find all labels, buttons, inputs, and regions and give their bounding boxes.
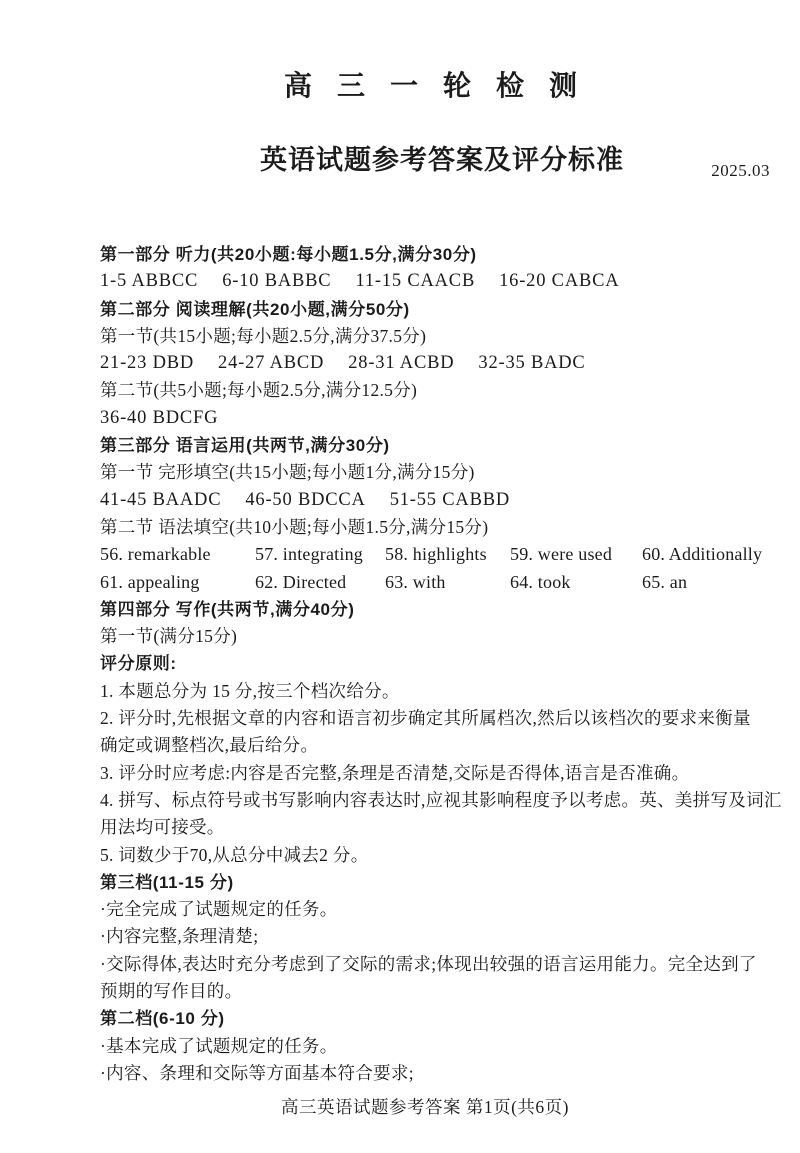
page-subtitle: 英语试题参考答案及评分标准 — [260, 145, 624, 175]
body-line: ·完全完成了试题规定的任务。 — [100, 896, 770, 923]
answer-group: 16-20 CABCA — [499, 271, 619, 291]
word-answer: 59. were used — [510, 541, 642, 568]
body-line: 确定或调整档次,最后给分。 — [100, 732, 770, 759]
body-line: ·交际得体,表达时充分考虑到了交际的需求;体现出较强的语言运用能力。完全达到了 — [100, 951, 770, 978]
word-answer: 58. highlights — [385, 541, 510, 568]
word-answer: 61. appealing — [100, 569, 255, 596]
body-line: 第二节 语法填空(共10小题;每小题1.5分,满分15分) — [100, 514, 770, 541]
body-line: 第二节(共5小题;每小题2.5分,满分12.5分) — [100, 377, 770, 404]
answer-group: 51-55 CABBD — [390, 490, 510, 510]
subtitle-row: 英语试题参考答案及评分标准 — [0, 138, 800, 177]
body-line: 第一节(共15小题;每小题2.5分,满分37.5分) — [100, 323, 770, 350]
body-line: 第一节(满分15分) — [100, 623, 770, 650]
word-answer: 65. an — [642, 569, 770, 596]
word-answer: 64. took — [510, 569, 642, 596]
answer-group: 41-45 BAADC — [100, 490, 221, 510]
body-line: 4. 拼写、标点符号或书写影响内容表达时,应视其影响程度予以考虑。英、美拼写及词… — [100, 787, 770, 814]
answer-group: 21-23 DBD — [100, 353, 194, 373]
answer-line: 41-45 BAADC46-50 BDCCA51-55 CABBD — [100, 487, 770, 514]
answer-group: 1-5 ABBCC — [100, 271, 198, 291]
page-title: 高 三 一 轮 检 测 — [0, 64, 800, 104]
answer-line: 1-5 ABBCC6-10 BABBC11-15 CAACB16-20 CABC… — [100, 268, 770, 295]
answer-line: 36-40 BDCFG — [100, 405, 770, 432]
body-line: 3. 评分时应考虑:内容是否完整,条理是否清楚,交际是否得体,语言是否准确。 — [100, 760, 770, 787]
document-body: 第一部分 听力(共20小题:每小题1.5分,满分30分)1-5 ABBCC6-1… — [100, 241, 770, 1087]
word-answer-row: 56. remarkable57. integrating58. highlig… — [100, 541, 770, 568]
answer-group: 36-40 BDCFG — [100, 408, 218, 428]
answer-group: 6-10 BABBC — [222, 271, 331, 291]
body-line: 2. 评分时,先根据文章的内容和语言初步确定其所属档次,然后以该档次的要求来衡量 — [100, 705, 770, 732]
word-answer: 62. Directed — [255, 569, 385, 596]
exam-date: 2025.03 — [711, 161, 770, 181]
body-line: ·内容完整,条理清楚; — [100, 923, 770, 950]
answer-group: 46-50 BDCCA — [245, 490, 365, 510]
section-heading: 第四部分 写作(共两节,满分40分) — [100, 596, 770, 623]
body-line: 预期的写作目的。 — [100, 978, 770, 1005]
body-line: 用法均可接受。 — [100, 814, 770, 841]
answer-group: 28-31 ACBD — [348, 353, 454, 373]
body-line: ·内容、条理和交际等方面基本符合要求; — [100, 1060, 770, 1087]
body-line: 1. 本题总分为 15 分,按三个档次给分。 — [100, 678, 770, 705]
answer-group: 11-15 CAACB — [355, 271, 475, 291]
body-line: 第一节 完形填空(共15小题;每小题1分,满分15分) — [100, 459, 770, 486]
word-answer: 63. with — [385, 569, 510, 596]
word-answer-row: 61. appealing62. Directed63. with64. too… — [100, 569, 770, 596]
word-answer: 60. Additionally — [642, 541, 770, 568]
body-line: ·基本完成了试题规定的任务。 — [100, 1033, 770, 1060]
section-heading: 第二部分 阅读理解(共20小题,满分50分) — [100, 296, 770, 323]
word-answer: 56. remarkable — [100, 541, 255, 568]
answer-line: 21-23 DBD24-27 ABCD28-31 ACBD32-35 BADC — [100, 350, 770, 377]
section-heading: 第三档(11-15 分) — [100, 869, 770, 896]
body-line: 5. 词数少于70,从总分中减去2 分。 — [100, 842, 770, 869]
page-footer: 高三英语试题参考答案 第1页(共6页) — [0, 1094, 800, 1119]
answer-group: 32-35 BADC — [478, 353, 585, 373]
section-heading: 第三部分 语言运用(共两节,满分30分) — [100, 432, 770, 459]
section-heading: 评分原则: — [100, 650, 770, 677]
section-heading: 第二档(6-10 分) — [100, 1005, 770, 1032]
exam-answer-sheet-page: 高 三 一 轮 检 测 英语试题参考答案及评分标准 2025.03 第一部分 听… — [0, 0, 800, 1153]
answer-group: 24-27 ABCD — [218, 353, 324, 373]
word-answer: 57. integrating — [255, 541, 385, 568]
section-heading: 第一部分 听力(共20小题:每小题1.5分,满分30分) — [100, 241, 770, 268]
